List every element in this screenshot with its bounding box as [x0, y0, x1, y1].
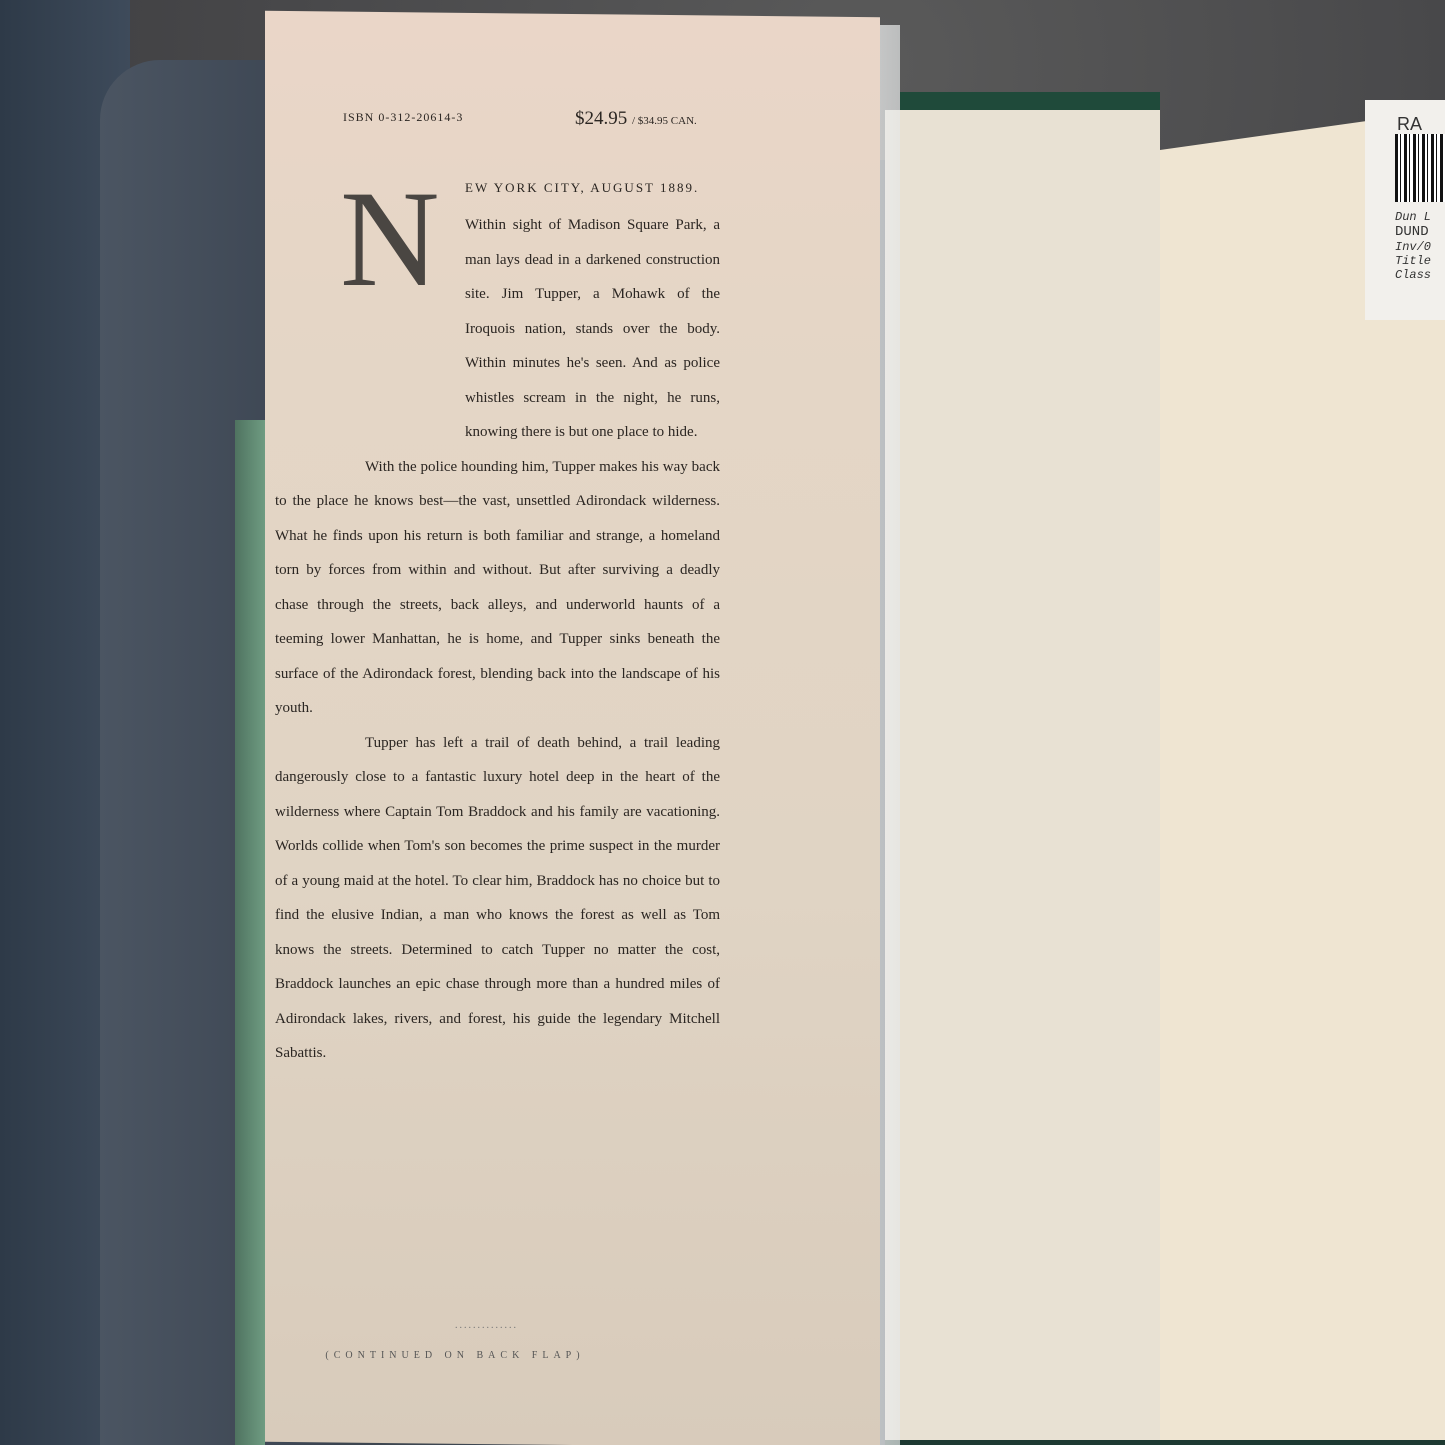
- label-line: Inv/0: [1395, 240, 1431, 254]
- label-code: RA: [1397, 114, 1422, 135]
- jacket-green-edge: [235, 420, 265, 1445]
- barcode: [1395, 134, 1445, 202]
- label-line: DUND: [1395, 224, 1429, 240]
- continued-note: (CONTINUED ON BACK FLAP): [275, 1350, 635, 1361]
- label-line: Title: [1395, 254, 1431, 268]
- price-us: $24.95: [575, 108, 627, 129]
- endpaper-left: [885, 110, 1160, 1445]
- divider: ..............: [455, 1320, 518, 1331]
- label-line: Class: [1395, 268, 1431, 282]
- price-can: / $34.95 CAN.: [632, 115, 697, 127]
- lead-in: EW YORK CITY, AUGUST 1889.: [465, 180, 699, 196]
- paragraph-2: With the police hounding him, Tupper mak…: [275, 450, 720, 726]
- isbn: ISBN 0-312-20614-3: [343, 110, 463, 125]
- library-label: RA Dun L DUND Inv/0 Title Class: [1365, 100, 1445, 320]
- paragraph-1: Within sight of Madison Square Park, a m…: [275, 208, 720, 450]
- price: $24.95 / $34.95 CAN.: [575, 108, 697, 130]
- book-board-bottom: [885, 1440, 1445, 1445]
- label-line: Dun L: [1395, 210, 1431, 224]
- paragraph-3: Tupper has left a trail of death behind,…: [275, 726, 720, 1071]
- synopsis: Within sight of Madison Square Park, a m…: [275, 208, 720, 1071]
